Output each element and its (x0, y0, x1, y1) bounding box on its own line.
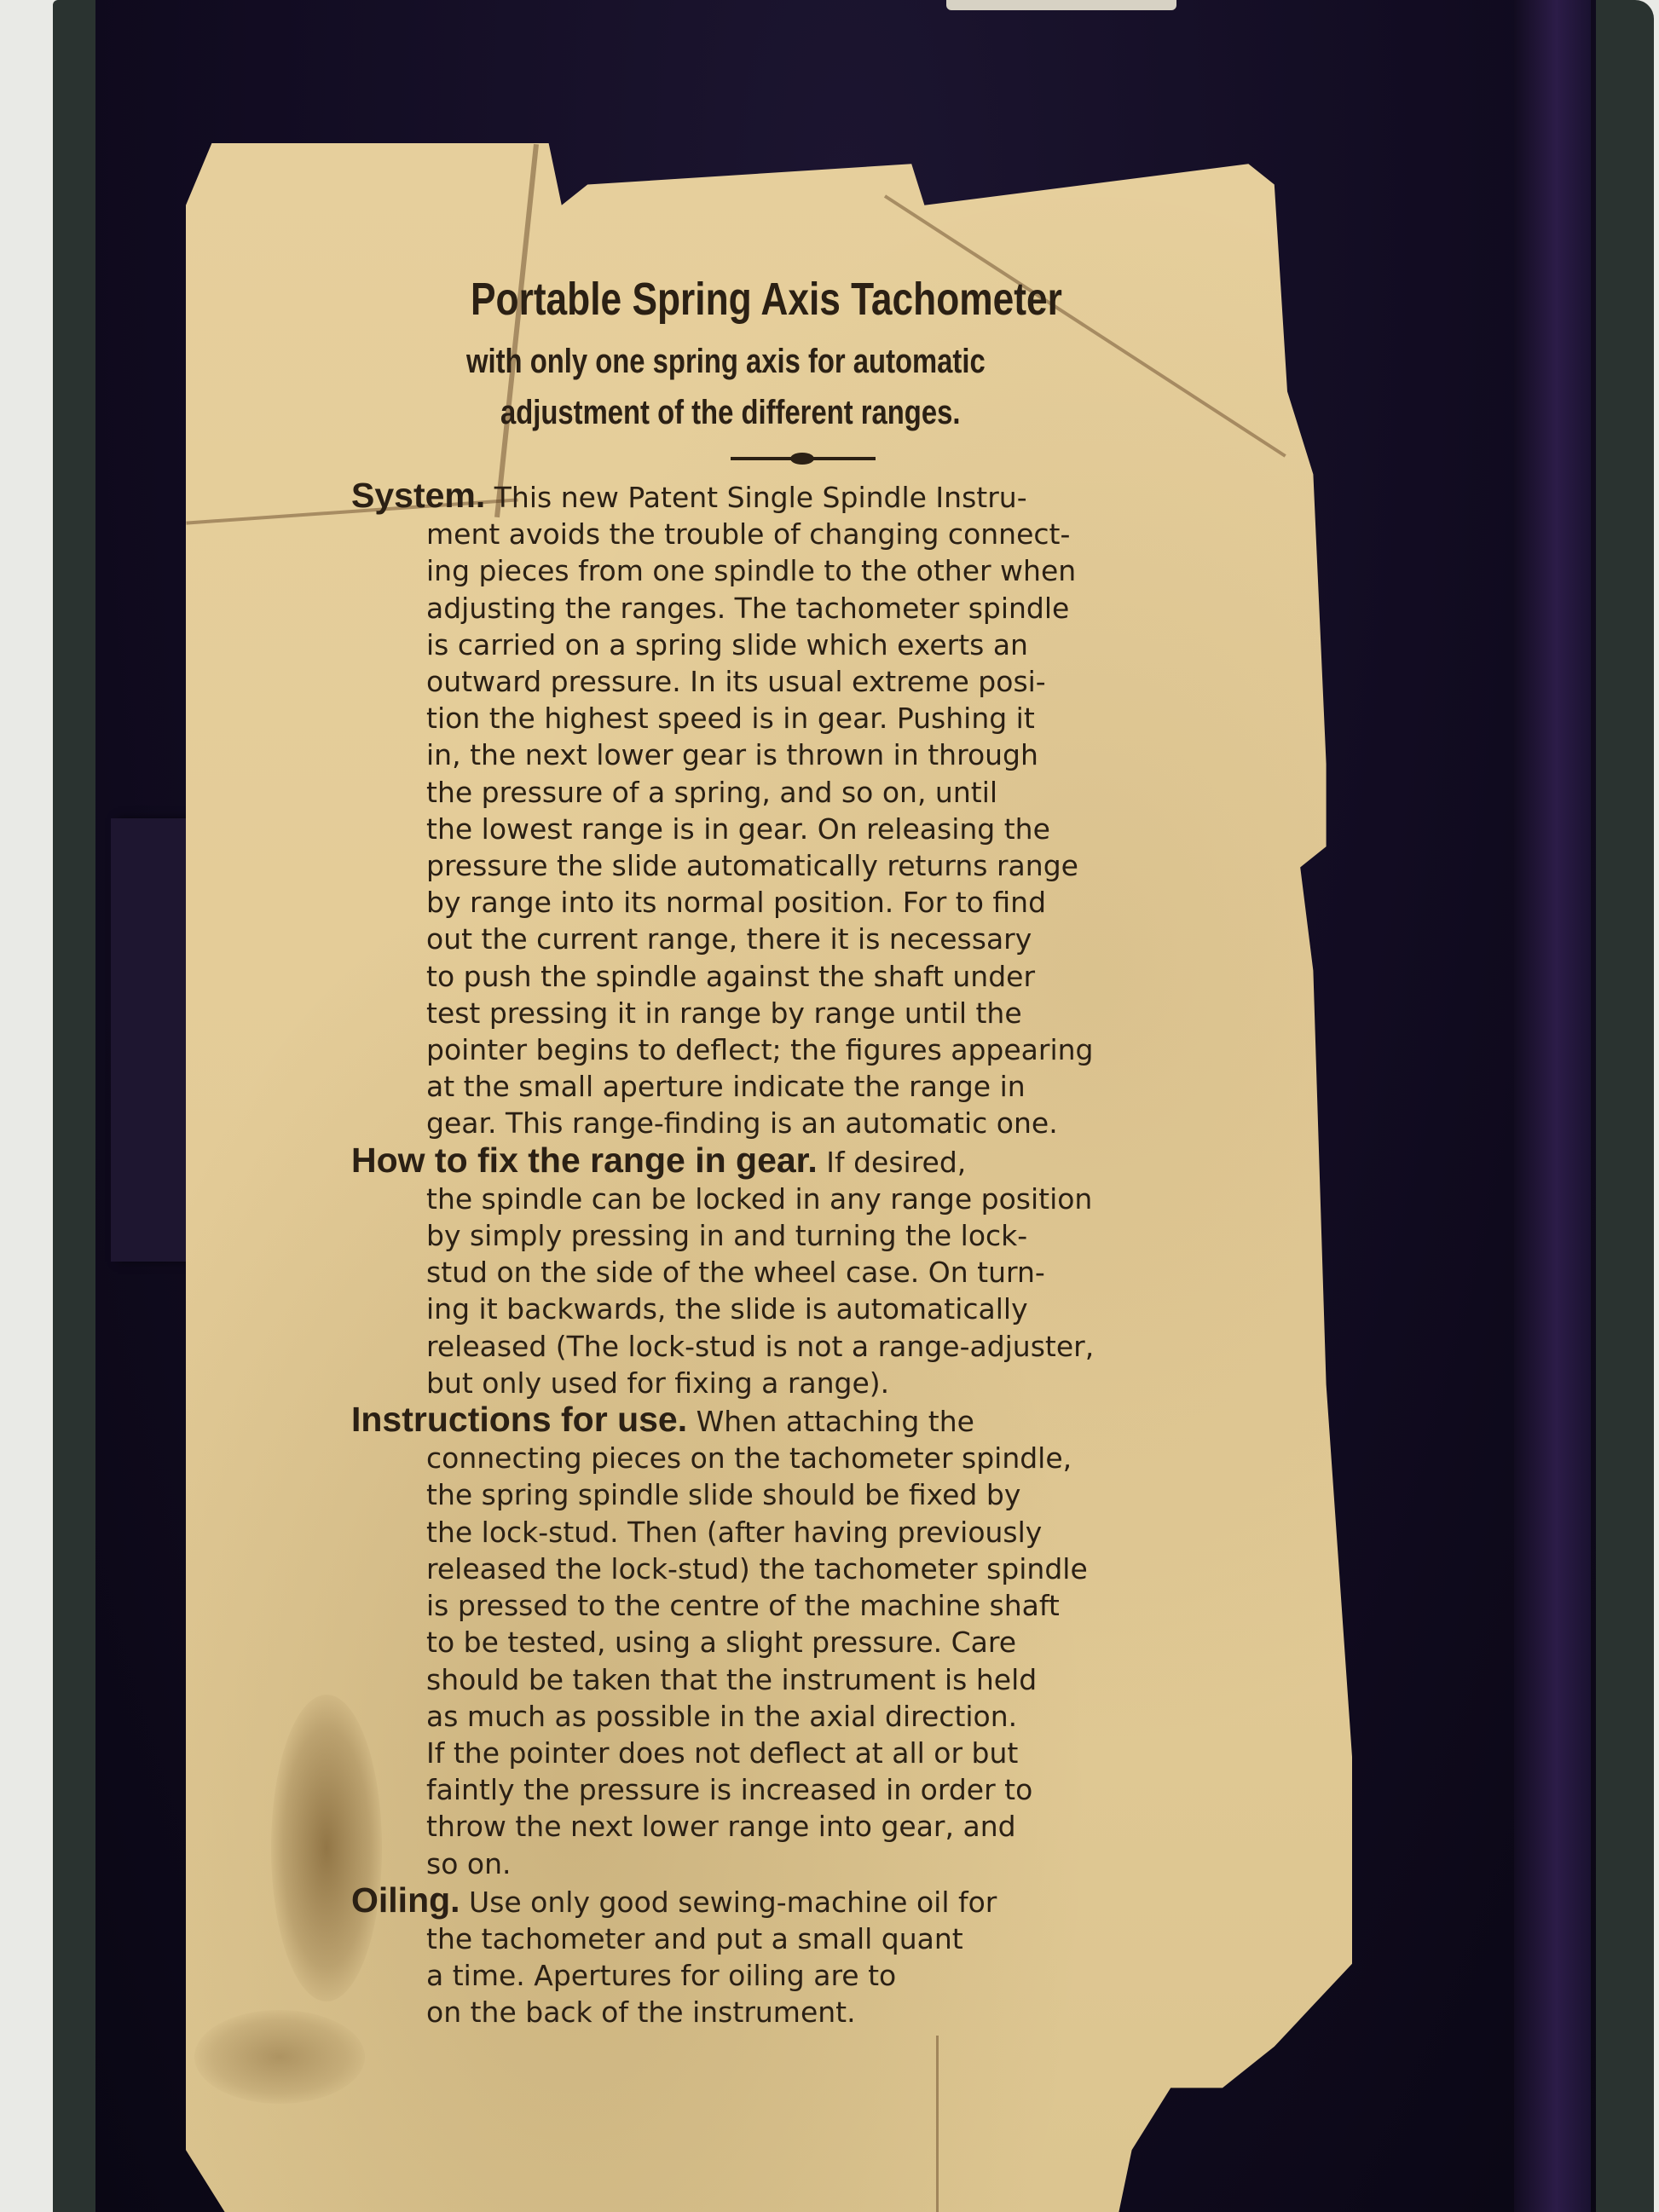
section-instructions-for-use: Instructions for use. When attaching the… (351, 1401, 1298, 1882)
text-line: How to fix the range in gear. If desired… (351, 1142, 1298, 1181)
text-line: the lowest range is in gear. On releasin… (426, 811, 1298, 847)
section-oiling: Oiling. Use only good sewing-machine oil… (351, 1882, 1298, 2031)
text-line: test pressing it in range by range until… (426, 995, 1298, 1031)
text-line: faintly the pressure is increased in ord… (426, 1771, 1298, 1808)
subtitle-line: adjustment of the different ranges. (500, 387, 1154, 438)
text-line: so on. (426, 1845, 1298, 1882)
section-heading: Oiling. (351, 1880, 460, 1920)
text-line: as much as possible in the axial directi… (426, 1698, 1298, 1735)
text-line: but only used for fixing a range). (426, 1365, 1298, 1401)
text-line: on the back of the instrument. (426, 1994, 1298, 2030)
text-line: Instructions for use. When attaching the (351, 1401, 1298, 1440)
text-line: out the current range, there it is neces… (426, 921, 1298, 957)
text-line: ing pieces from one spindle to the other… (426, 552, 1298, 589)
velvet-side-panel (1514, 0, 1591, 2212)
section-heading: Instructions for use. (351, 1400, 687, 1439)
text-line: adjusting the ranges. The tachometer spi… (426, 590, 1298, 627)
text-line: outward pressure. In its usual extreme p… (426, 663, 1298, 700)
text-line: If the pointer does not deflect at all o… (426, 1735, 1298, 1771)
section-heading: System. (351, 476, 485, 515)
text-line: System. This new Patent Single Spindle I… (351, 477, 1298, 516)
text-line: released (The lock-stud is not a range-a… (426, 1328, 1298, 1365)
text-line: pressure the slide automatically returns… (426, 847, 1298, 884)
section-system: System. This new Patent Single Spindle I… (351, 477, 1298, 1142)
text-line: ment avoids the trouble of changing conn… (426, 516, 1298, 552)
subtitle-line: with only one spring axis for automatic (466, 336, 1148, 387)
decorative-rule (731, 457, 876, 460)
text-line: a time. Apertures for oiling are to (426, 1957, 1298, 1994)
text-line: the tachometer and put a small quant (426, 1920, 1298, 1957)
text-line: by range into its normal position. For t… (426, 884, 1298, 921)
text-line: ing it backwards, the slide is automatic… (426, 1291, 1298, 1327)
bottom-crack (936, 2036, 939, 2212)
sections: System. This new Patent Single Spindle I… (351, 477, 1298, 2031)
document-title: Portable Spring Axis Tachometer (471, 273, 1148, 326)
text-line: stud on the side of the wheel case. On t… (426, 1254, 1298, 1291)
stain (194, 2010, 365, 2104)
text-line: released the lock-stud) the tachometer s… (426, 1551, 1298, 1587)
card-text: Portable Spring Axis Tachometer with onl… (351, 273, 1298, 2031)
text-line: is carried on a spring slide which exert… (426, 627, 1298, 663)
text-line: at the small aperture indicate the range… (426, 1068, 1298, 1105)
text-line: pointer begins to deflect; the figures a… (426, 1031, 1298, 1068)
text-line: to push the spindle against the shaft un… (426, 958, 1298, 995)
text-line: to be tested, using a slight pressure. C… (426, 1624, 1298, 1660)
section-how-to-fix-the-range-in-gear: How to fix the range in gear. If desired… (351, 1142, 1298, 1401)
text-line: connecting pieces on the tachometer spin… (426, 1440, 1298, 1476)
text-line: gear. This range-finding is an automatic… (426, 1105, 1298, 1141)
text-line: the lock-stud. Then (after having previo… (426, 1514, 1298, 1551)
text-line: the spindle can be locked in any range p… (426, 1181, 1298, 1217)
text-line: should be taken that the instrument is h… (426, 1661, 1298, 1698)
text-line: in, the next lower gear is thrown in thr… (426, 736, 1298, 773)
text-line: by simply pressing in and turning the lo… (426, 1217, 1298, 1254)
case-clasp (946, 0, 1176, 10)
section-heading: How to fix the range in gear. (351, 1141, 818, 1180)
text-line: the pressure of a spring, and so on, unt… (426, 774, 1298, 811)
text-line: tion the highest speed is in gear. Pushi… (426, 700, 1298, 736)
text-line: throw the next lower range into gear, an… (426, 1808, 1298, 1845)
text-line: Oiling. Use only good sewing-machine oil… (351, 1882, 1298, 1920)
text-line: the spring spindle slide should be fixed… (426, 1476, 1298, 1513)
text-line: is pressed to the centre of the machine … (426, 1587, 1298, 1624)
